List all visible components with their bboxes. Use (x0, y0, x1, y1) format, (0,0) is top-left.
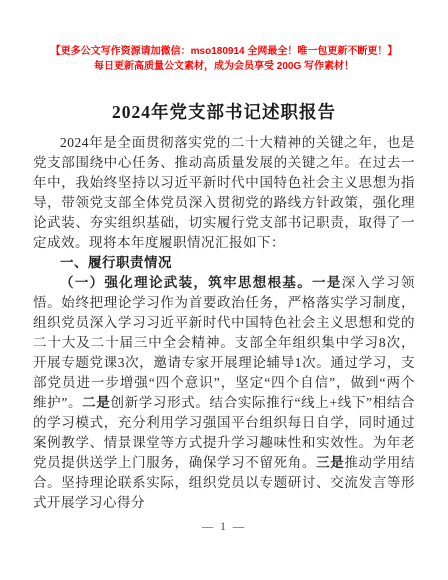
page-number: — 1 — (0, 521, 448, 533)
document-page: 【更多公文写作资源请加微信：mso180914 全网最全！唯一包更新不断更！】 … (0, 0, 448, 580)
text-segment: 一是 (312, 275, 342, 290)
body-paragraph: （一）强化理论武装，筑牢思想根基。一是深入学习领悟。始终把理论学习作为首要政治任… (33, 273, 415, 513)
ad-banner: 【更多公文写作资源请加微信：mso180914 全网最全！唯一包更新不断更！】 … (0, 0, 448, 74)
body-paragraph: 2024年是全面贯彻落实党的二十大精神的关键之年，也是党支部围绕中心任务、推动高… (33, 133, 415, 253)
text-segment: 一、履行职责情况 (60, 255, 172, 270)
ad-banner-line1: 【更多公文写作资源请加微信：mso180914 全网最全！唯一包更新不断更！】 (0, 44, 448, 59)
text-segment: 二是 (82, 395, 110, 410)
document-body: 2024年是全面贯彻落实党的二十大精神的关键之年，也是党支部围绕中心任务、推动高… (33, 133, 415, 513)
text-segment: 三是 (316, 455, 344, 470)
text-segment: 2024年是全面贯彻落实党的二十大精神的关键之年，也是党支部围绕中心任务、推动高… (33, 135, 415, 250)
text-segment: （一）强化理论武装，筑牢思想根基。 (60, 275, 312, 290)
text-segment: 深入学习领悟。始终把理论学习作为首要政治任务，严格落实学习制度，组织党员深入学习… (33, 275, 415, 410)
section-heading: 一、履行职责情况 (33, 253, 415, 273)
document-title: 2024年党支部书记述职报告 (33, 99, 415, 124)
ad-banner-line2: 每日更新高质量公文素材，成为会员享受 200G 写作素材！ (0, 59, 448, 74)
